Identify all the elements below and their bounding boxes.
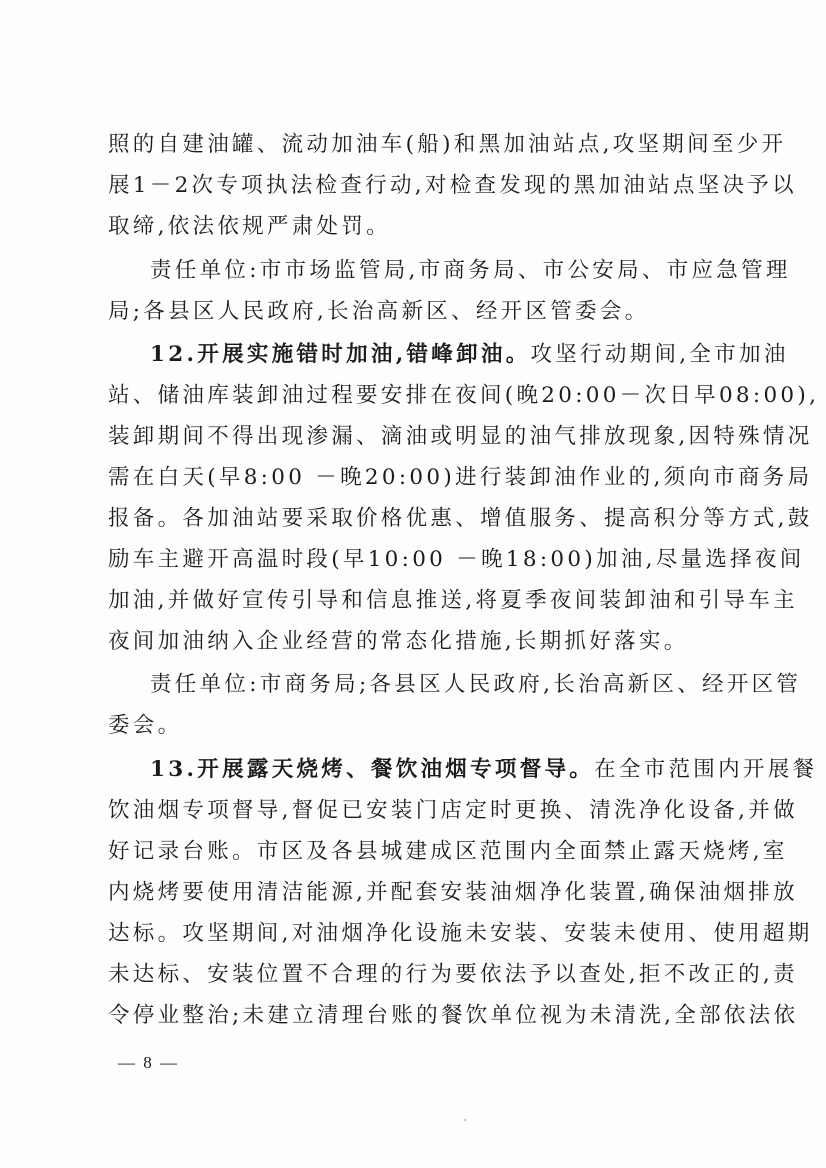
text-line: 内烧烤要使用清洁能源,并配套安装油烟净化装置,确保油烟排放 (108, 878, 720, 908)
page-number: — 8 — (118, 1053, 179, 1073)
text-line: 好记录台账。市区及各县城建成区范围内全面禁止露天烧烤,室 (108, 837, 720, 867)
text-line: 达标。攻坚期间,对油烟净化设施未安装、安装未使用、使用超期 (108, 919, 720, 949)
text-line: 报备。各加油站要采取价格优惠、增值服务、提高积分等方式,鼓 (108, 504, 720, 534)
item-13-heading-line: 13.开展露天烧烤、餐饮油烟专项督导。在全市范围内开展餐 (150, 755, 720, 785)
text-line: 站、储油库装卸油过程要安排在夜间(晚20:00－次日早08:00), (108, 381, 720, 411)
text-line: 励车主避开高温时段(早10:00 －晚18:00)加油,尽量选择夜间 (108, 545, 720, 575)
text-line: 需在白天(早8:00 －晚20:00)进行装卸油作业的,须向市商务局 (108, 463, 720, 493)
text-line: 取缔,依法依规严肃处罚。 (108, 212, 720, 242)
scan-speck (464, 1119, 466, 1121)
responsible-units-line: 局;各县区人民政府,长治高新区、经开区管委会。 (108, 297, 720, 327)
text-line: 令停业整治;未建立清理台账的餐饮单位视为未清洗,全部依法依 (108, 1001, 720, 1031)
item-12-text: 攻坚行动期间,全市加油 (531, 342, 789, 367)
item-13-text: 在全市范围内开展餐 (594, 757, 817, 782)
text-line: 装卸期间不得出现渗漏、滴油或明显的油气排放现象,因特殊情况 (108, 422, 720, 452)
item-12-heading: 12.开展实施错时加油,错峰卸油。 (150, 342, 531, 367)
text-line: 饮油烟专项督导,督促已安装门店定时更换、清洗净化设备,并做 (108, 796, 720, 826)
item-13-heading: 13.开展露天烧烤、餐饮油烟专项督导。 (150, 757, 594, 782)
text-line: 照的自建油罐、流动加油车(船)和黑加油站点,攻坚期间至少开 (108, 130, 720, 160)
item-12-heading-line: 12.开展实施错时加油,错峰卸油。攻坚行动期间,全市加油 (150, 340, 720, 370)
text-line: 展1－2次专项执法检查行动,对检查发现的黑加油站点坚决予以 (108, 171, 720, 201)
text-line: 加油,并做好宣传引导和信息推送,将夏季夜间装卸油和引导车主 (108, 586, 720, 616)
responsible-units-line: 委会。 (108, 711, 720, 741)
responsible-units-line: 责任单位:市市场监管局,市商务局、市公安局、市应急管理 (150, 256, 720, 286)
text-line: 夜间加油纳入企业经营的常态化措施,长期抓好落实。 (108, 627, 720, 657)
text-line: 未达标、安装位置不合理的行为要依法予以查处,拒不改正的,责 (108, 960, 720, 990)
document-page: 照的自建油罐、流动加油车(船)和黑加油站点,攻坚期间至少开 展1－2次专项执法检… (0, 0, 826, 1168)
responsible-units-line: 责任单位:市商务局;各县区人民政府,长治高新区、经开区管 (150, 670, 720, 700)
